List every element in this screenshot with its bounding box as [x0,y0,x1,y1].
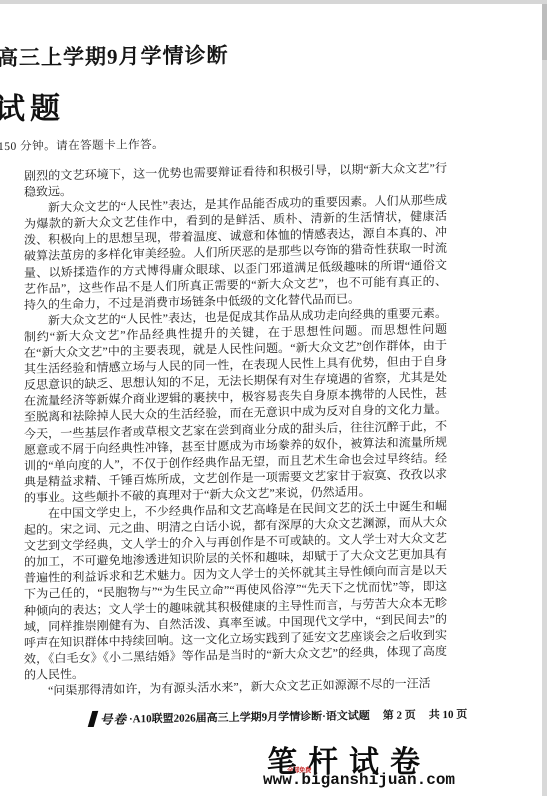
exam-session-title: 高三上学期9月学情诊断 [0,39,229,72]
footer-exam-info: ·A10联盟2026届高三上学期9月学情诊断·语文试题 [129,707,370,726]
exam-instruction: 150 分钟。请在答题卡上作答。 [0,136,164,154]
passage-paragraph: 新大众文艺的“人民性”表达，也是促成其作品从成功走向经典的重要元素。制约“新大众… [24,305,447,506]
scanned-exam-page: 高三上学期9月学情诊断 试题 150 分钟。请在答题卡上作答。 剧烈的文艺环境下… [0,0,547,796]
footer-page-total: 共 10 页 [429,706,468,723]
scrollbar-track[interactable] [542,4,547,796]
footer-page-number: 第 2 页 [383,706,416,722]
watermark-site-url: www.biganshijuan.com [263,771,455,789]
passage-paragraph: 新大众文艺的“人民性”表达，是其作品能否成功的重要因素。人们从那些成为爆款的新大… [24,192,447,313]
reading-passage: 剧烈的文艺环境下，这一优势也需要辩证看待和积极引导，以期“新大众文艺”行稳致远。… [24,160,447,699]
page-footer: 号卷 ·A10联盟2026届高三上学期9月学情诊断·语文试题 第 2 页 共 1… [90,704,530,728]
paper-title: 试题 [0,83,65,128]
scrollbar-thumb[interactable] [542,4,547,60]
passage-paragraph: 在中国文学史上，不少经典作品和文艺高峰是在民间文艺的沃土中诞生和崛起的。宋之词、… [24,498,447,683]
footer-brand: 号卷 [100,709,127,727]
brand-stroke-icon [88,711,99,727]
window-top-border [0,0,547,4]
